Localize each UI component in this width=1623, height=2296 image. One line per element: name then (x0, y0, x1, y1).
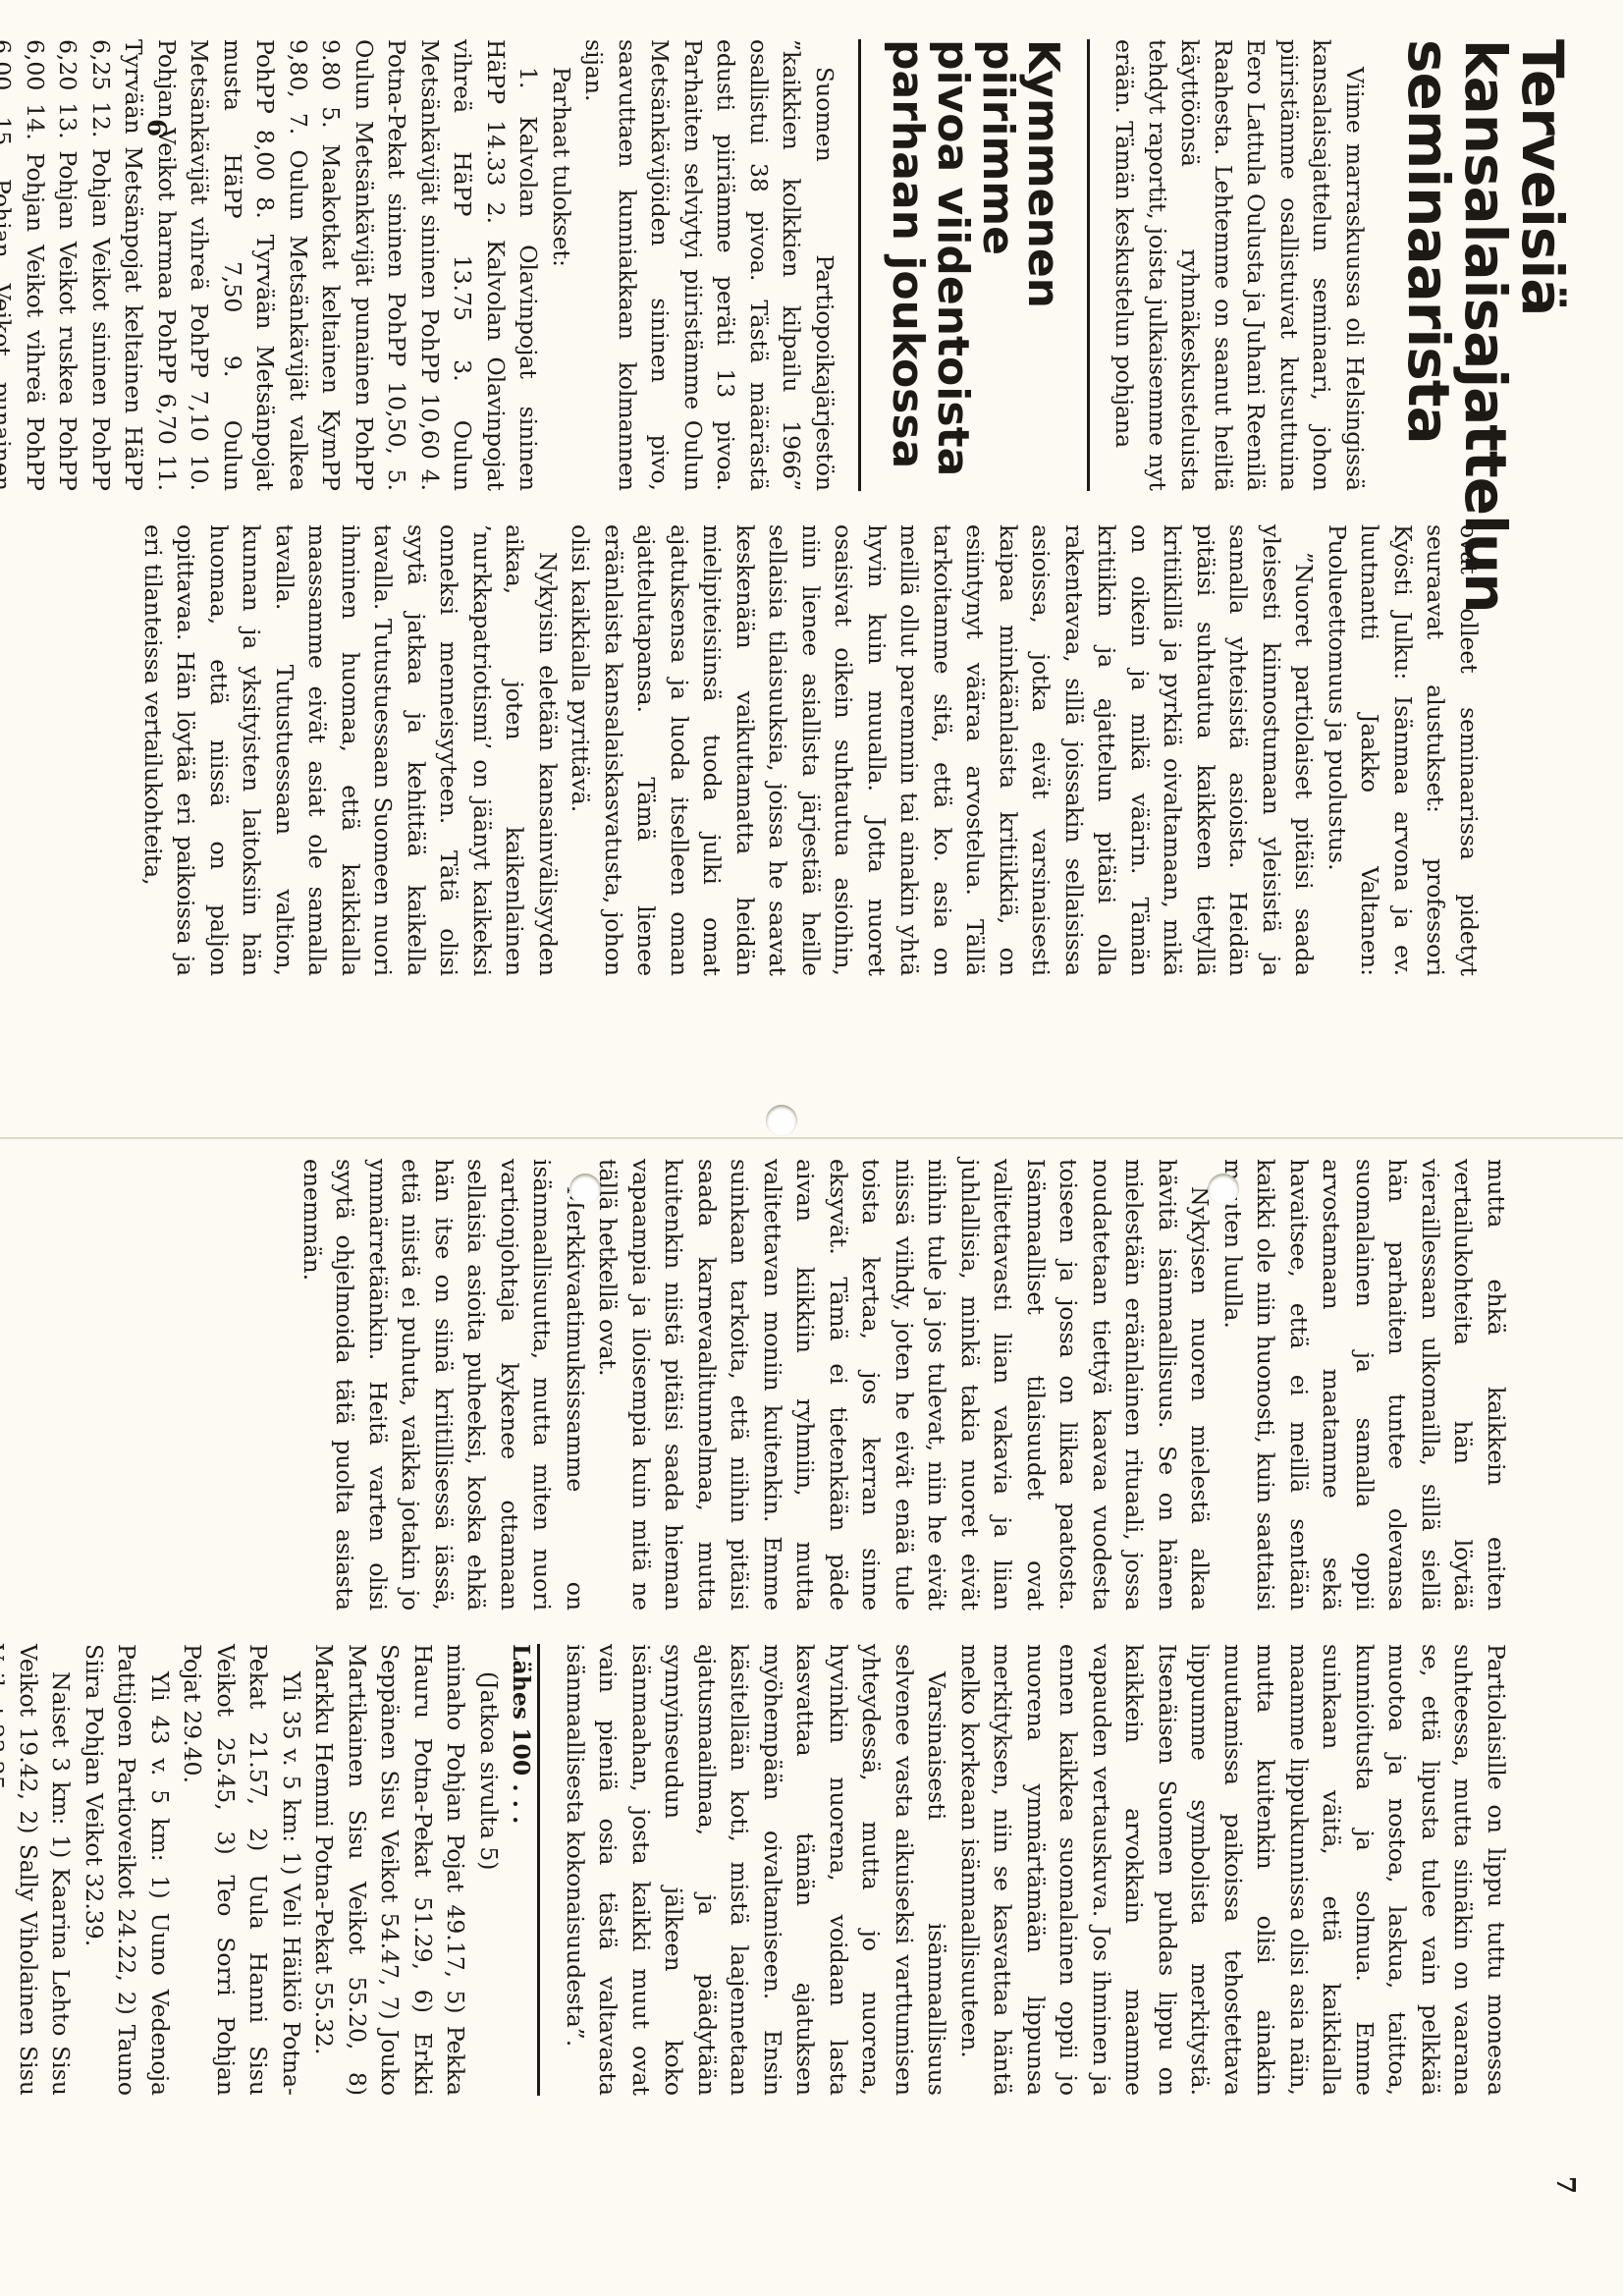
paragraph: ovat olleet seminaarissa pidetyt seuraav… (1321, 524, 1486, 976)
binder-hole (569, 1174, 601, 1205)
results-paragraph: Naiset 3 km: 1) Kaarina Lehto Sisu Veiko… (0, 1644, 78, 2096)
paragraph: Varsinaisesti isänmaallisuus selvenee va… (559, 1644, 953, 2096)
results-heading: Parhaat tulokset: (545, 39, 578, 491)
divider (538, 1644, 541, 2096)
article-title: Terveisiä kansalaisajattelun seminaarist… (1400, 39, 1571, 491)
column-1: mutta ehkä kaikkein eniten vertailukohte… (118, 1159, 1571, 1611)
page-7: mutta ehkä kaikkein eniten vertailukohte… (0, 1139, 1623, 2296)
binder-hole (766, 1105, 797, 1136)
paragraph: Nykyisin eletään kansainvälisyyden aikaa… (136, 524, 565, 976)
page-number: 7 (1550, 2176, 1580, 2194)
page-6-content: Terveisiä kansalaisajattelun seminaarist… (118, 39, 1571, 1110)
paragraph: Viime marraskuussa oli Helsingissä kansa… (1108, 39, 1371, 491)
continuation-subheading: (Jatkoa sivulta 5) (472, 1644, 506, 2096)
title-line-3: parhaan joukossa (883, 39, 933, 468)
divider (858, 39, 861, 491)
page-6: Terveisiä kansalaisajattelun seminaarist… (0, 0, 1623, 1139)
title-line-2: pivoa viidentoista (928, 39, 978, 476)
binder-hole (1208, 1174, 1239, 1205)
paragraph: Merkkivaatimuksissamme on isänmaallisuut… (296, 1159, 592, 1611)
results-list: 1. Kalvolan Olavinpojat sininen HäPP 14.… (0, 39, 545, 491)
paragraph: ”Nuoret partiolaiset pitäisi saada yleis… (564, 524, 1321, 976)
paragraph: mutta ehkä kaikkein eniten vertailukohte… (1217, 1159, 1513, 1611)
page-7-content: mutta ehkä kaikkein eniten vertailukohte… (118, 1159, 1571, 2259)
column-1: Terveisiä kansalaisajattelun seminaarist… (118, 39, 1571, 491)
divider (1087, 39, 1090, 491)
title-line-2: seminaarista (1395, 39, 1462, 444)
paragraph: Nykyisen nuoren mielestä alkaa hävitä is… (591, 1159, 1217, 1611)
title-line-1: Kymmenen piirimme (973, 39, 1068, 308)
column-2: ovat olleet seminaarissa pidetyt seuraav… (118, 524, 1571, 976)
continuation-heading: Lähes 100 . . . (505, 1644, 538, 2096)
page-number: 6 (141, 119, 171, 137)
paragraph: Partiolaisille on lippu tuttu monessa su… (953, 1644, 1513, 2096)
results-paragraph: minaho Pohjan Pojat 49.17, 5) Pekka Haur… (307, 1644, 472, 2096)
results-paragraph: Yli 35 v. 5 km: 1) Veli Häikiö Potna-Pek… (176, 1644, 307, 2096)
results-paragraph: Yli 43 v. 5 km: 1) Uuno Vedenoja Pattijo… (78, 1644, 177, 2096)
article-title-2: Kymmenen piirimme pivoa viidentoista par… (885, 39, 1065, 491)
intro-paragraph: Suomen Partiopoikajärjestön ”kaikkien ko… (577, 39, 840, 491)
column-2: Partiolaisille on lippu tuttu monessa su… (118, 1644, 1571, 2096)
